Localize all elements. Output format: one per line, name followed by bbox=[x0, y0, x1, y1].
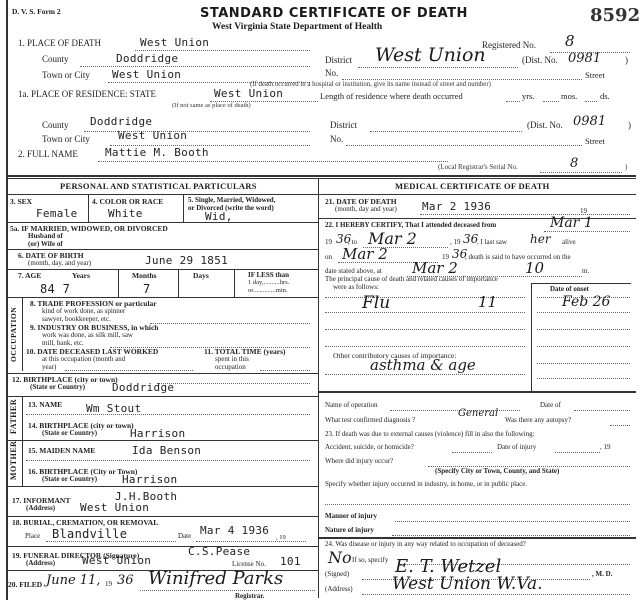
dist-no-value: 0981 bbox=[568, 51, 601, 66]
license-no-value: 101 bbox=[280, 555, 301, 568]
mother-side-label: MOTHER bbox=[9, 441, 18, 480]
age-years: 84 7 bbox=[40, 282, 70, 296]
cause-1-mark: 11 bbox=[478, 293, 497, 311]
burial-date-value: Mar 4 1936 bbox=[200, 524, 269, 537]
medical-section-title: MEDICAL CERTIFICATE OF DEATH bbox=[395, 181, 550, 191]
personal-section-title: PERSONAL AND STATISTICAL PARTICULARS bbox=[60, 181, 257, 191]
occupation-side-label: OCCUPATION bbox=[9, 307, 18, 362]
time-value: 10 bbox=[525, 259, 544, 277]
dist-no-label: (Dist. No. bbox=[522, 55, 558, 65]
certificate-title: STANDARD CERTIFICATE OF DEATH bbox=[200, 6, 468, 21]
residence-state: West Union bbox=[214, 87, 283, 100]
place-of-death-label: 1. PLACE OF DEATH bbox=[18, 38, 101, 48]
local-serial-label: (Local Registrar's Serial No. bbox=[438, 163, 518, 171]
full-name-value: Mattie M. Booth bbox=[105, 146, 209, 159]
hospital-note: (If death occurred in a hospital or inst… bbox=[250, 81, 491, 88]
town-label: Town or City bbox=[42, 70, 90, 80]
street-label: Street bbox=[585, 70, 605, 80]
age-months: 7 bbox=[143, 282, 151, 296]
residence-label: 1a. PLACE OF RESIDENCE: STATE bbox=[18, 89, 156, 99]
certificate-subtitle: West Virginia State Department of Health bbox=[212, 22, 382, 32]
residence-dist-no: 0981 bbox=[573, 114, 606, 129]
county-label: County bbox=[42, 54, 69, 64]
father-side-label: FATHER bbox=[9, 399, 18, 434]
cause-1-value: Flu bbox=[362, 293, 390, 313]
other-causes-value: asthma & age bbox=[370, 356, 476, 374]
registered-label: Registered No. bbox=[482, 40, 536, 50]
last-saw-pronoun-value: her bbox=[530, 232, 551, 246]
date-of-death-value: Mar 2 1936 bbox=[422, 200, 491, 213]
residence-town: West Union bbox=[118, 129, 187, 142]
serial-number: 8592 bbox=[590, 5, 640, 26]
registered-no: 8 bbox=[565, 32, 575, 50]
registrar-signature: Winifred Parks bbox=[148, 568, 283, 589]
physician-address: West Union W.Va. bbox=[392, 574, 543, 594]
form-id: D. V. S. Form 2 bbox=[12, 7, 61, 16]
father-birthplace-value: Harrison bbox=[130, 427, 185, 440]
funeral-director-value: C.S.Pease bbox=[188, 545, 250, 558]
sex-value: Female bbox=[36, 207, 78, 220]
full-name-label: 2. FULL NAME bbox=[18, 149, 78, 159]
length-residence-label: Length of residence where death occurred bbox=[320, 91, 463, 101]
occupation-related-value: No bbox=[328, 548, 352, 567]
mother-name-value: Ida Benson bbox=[132, 444, 201, 457]
test-value: General bbox=[458, 408, 498, 419]
informant-address-value: West Union bbox=[80, 501, 149, 514]
town-value: West Union bbox=[112, 68, 181, 81]
place-of-death-value: West Union bbox=[140, 36, 209, 49]
race-value: White bbox=[108, 207, 143, 220]
left-border bbox=[6, 0, 8, 600]
not-same-note: (If not same as place of death) bbox=[172, 102, 251, 109]
burial-place-value: Blandville bbox=[52, 527, 127, 541]
mother-birthplace-value: Harrison bbox=[122, 473, 177, 486]
district-value: West Union bbox=[375, 44, 486, 66]
onset-header: Date of onset bbox=[550, 285, 589, 293]
birthplace-value: Doddridge bbox=[112, 381, 174, 394]
onset-1-value: Feb 26 bbox=[562, 294, 610, 310]
attended-from-value: Mar 1 bbox=[550, 215, 593, 231]
county-value: Doddridge bbox=[116, 52, 178, 65]
last-saw-date-value: Mar 2 bbox=[342, 245, 388, 263]
local-serial-value: 8 bbox=[570, 156, 578, 171]
district-label: District bbox=[325, 55, 352, 65]
residence-county: Doddridge bbox=[90, 115, 152, 128]
funeral-address-value: West Union bbox=[82, 554, 151, 567]
filed-year-value: 36 bbox=[117, 573, 134, 588]
to-year-value: 36 bbox=[463, 232, 478, 246]
filed-date-value: June 11, bbox=[46, 573, 100, 588]
dob-value: June 29 1851 bbox=[145, 254, 228, 267]
no-label: No. bbox=[325, 68, 338, 78]
